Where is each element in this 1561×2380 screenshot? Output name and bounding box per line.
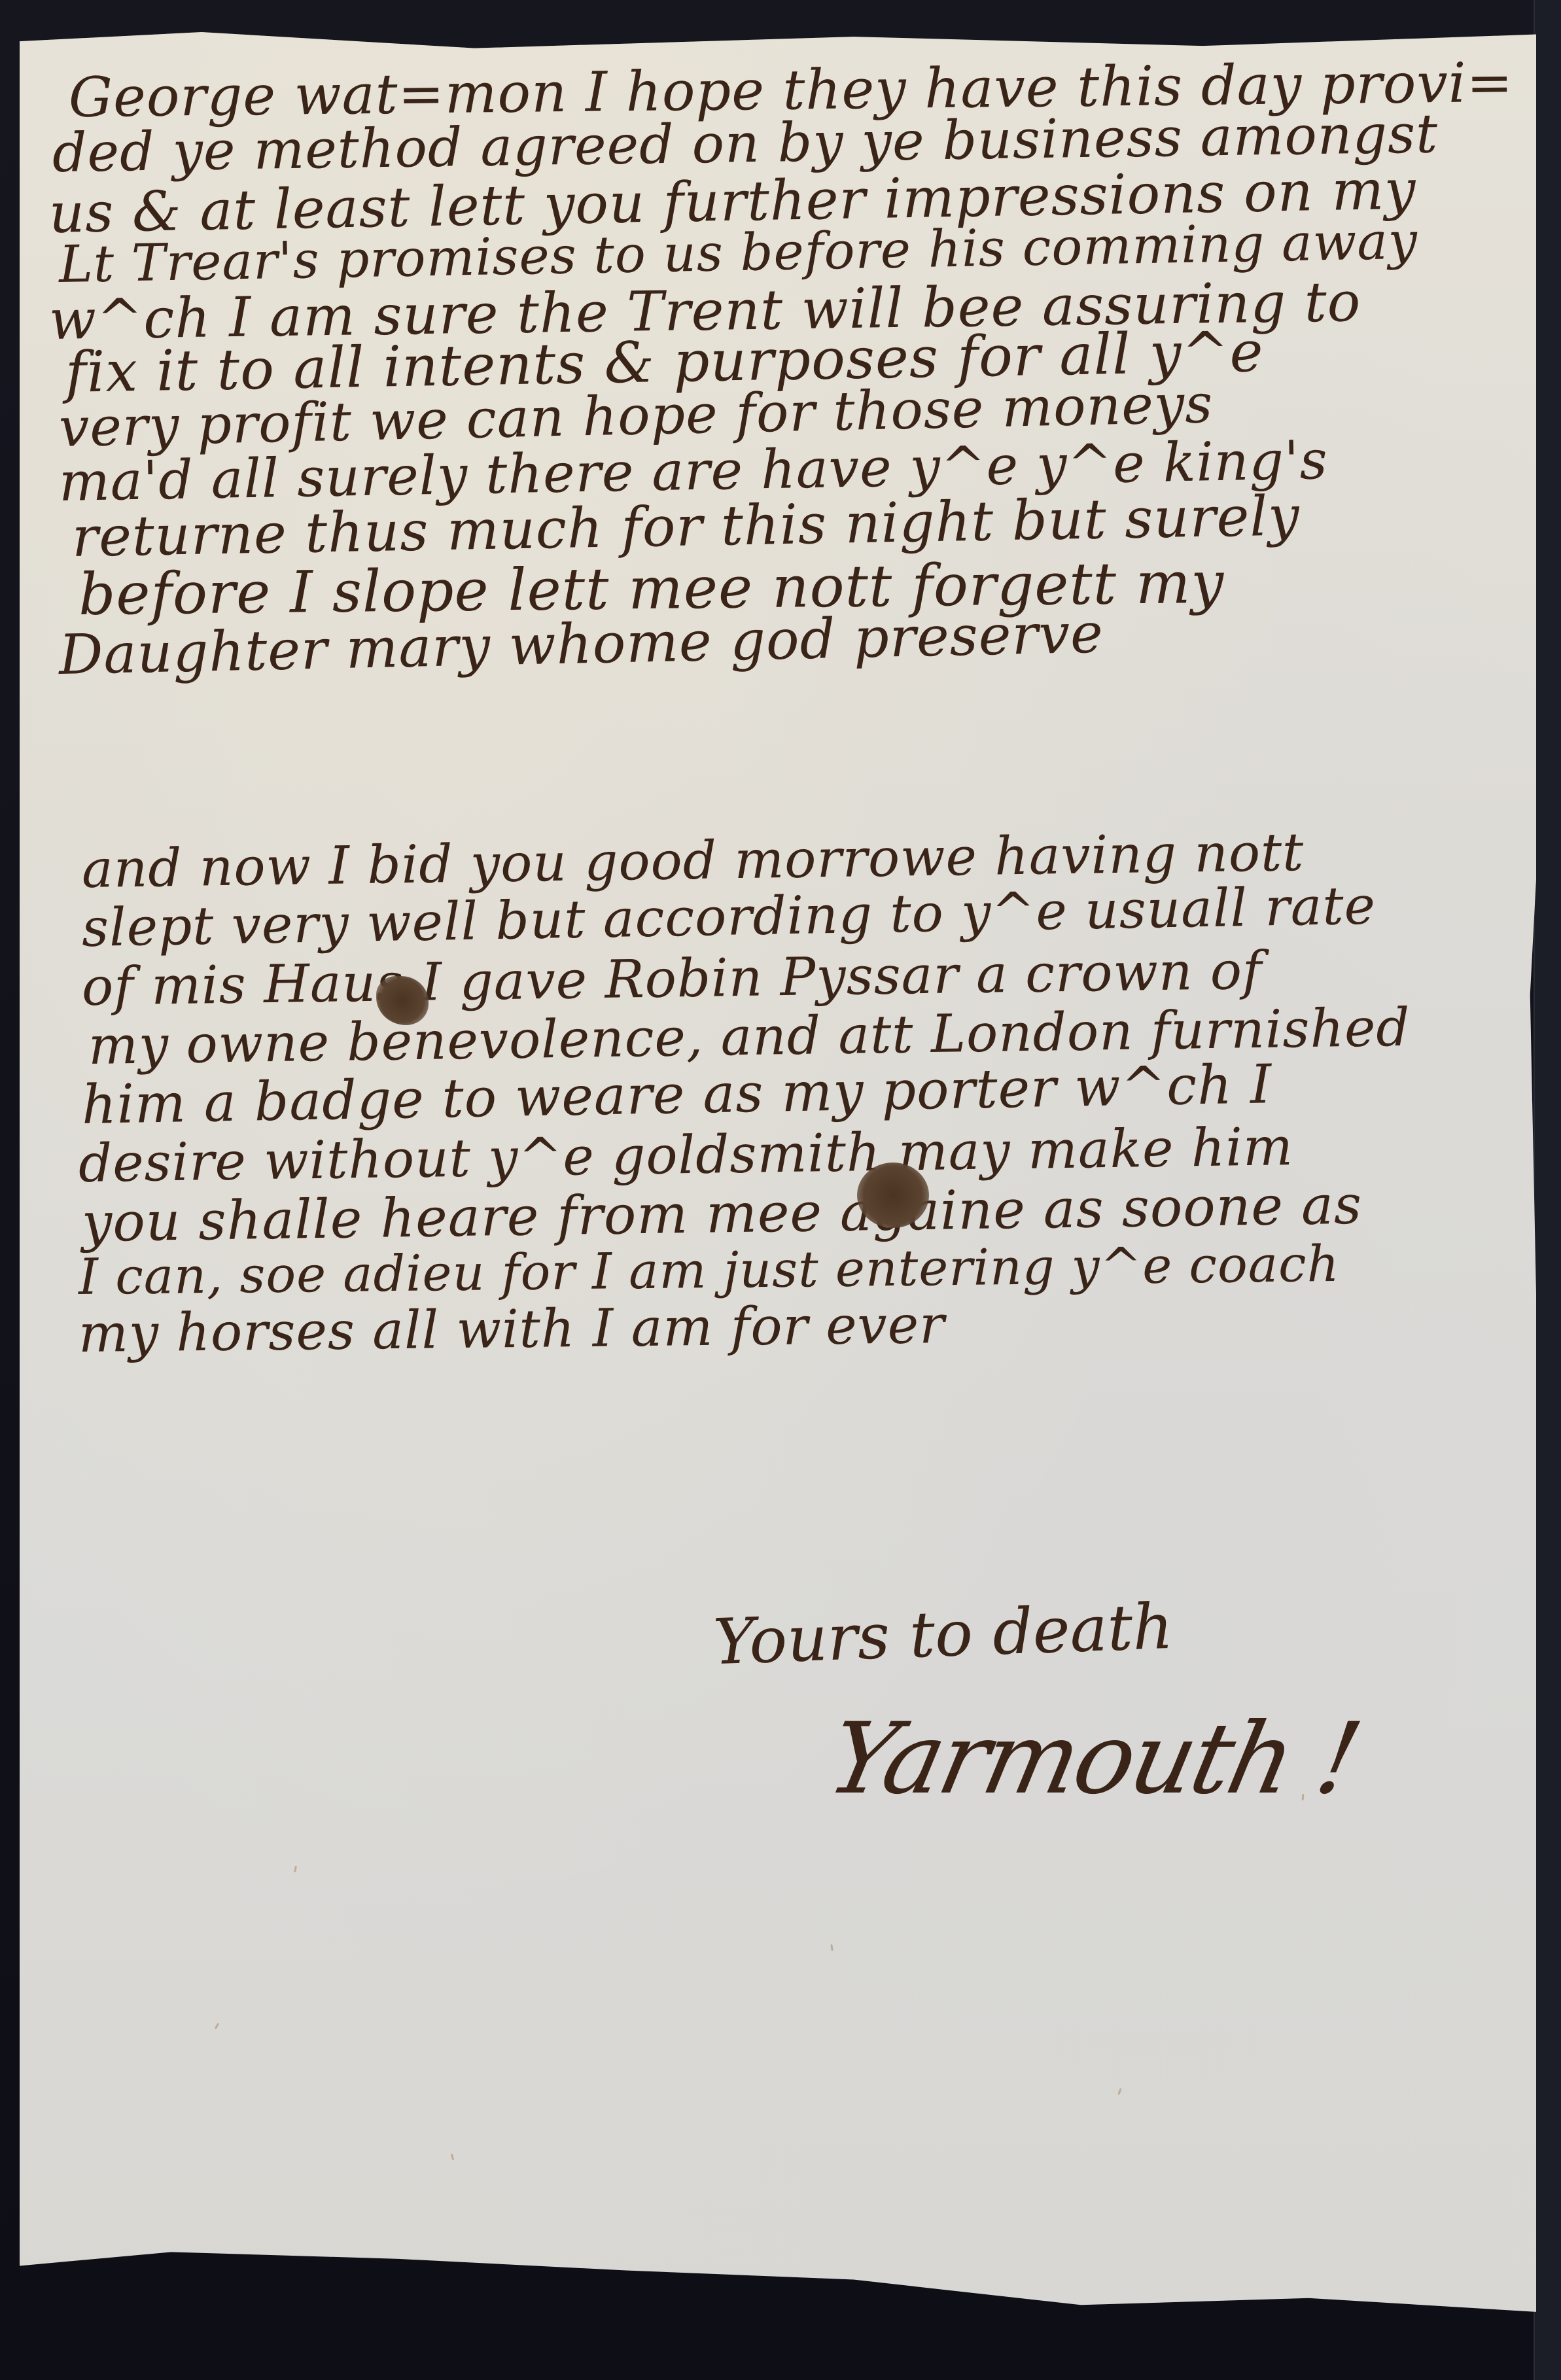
ink-blot — [857, 1163, 929, 1228]
closing-phrase: Yours to death — [712, 1590, 1174, 1679]
signature: Yarmouth ! — [819, 1702, 1369, 1816]
paper-fleck — [294, 1866, 297, 1872]
paper-fleck — [1117, 2088, 1121, 2095]
letter-line: my horses all with I am for ever — [79, 1294, 945, 1364]
letter-page: George wat=mon I hope they have this day… — [20, 27, 1536, 2330]
paper-fleck — [830, 1944, 833, 1951]
paper-fleck — [215, 2023, 220, 2029]
paper-fleck — [451, 2154, 454, 2160]
letter-line: I can, soe adieu for I am just entering … — [79, 1234, 1340, 1306]
mount-edge — [1534, 0, 1561, 2380]
